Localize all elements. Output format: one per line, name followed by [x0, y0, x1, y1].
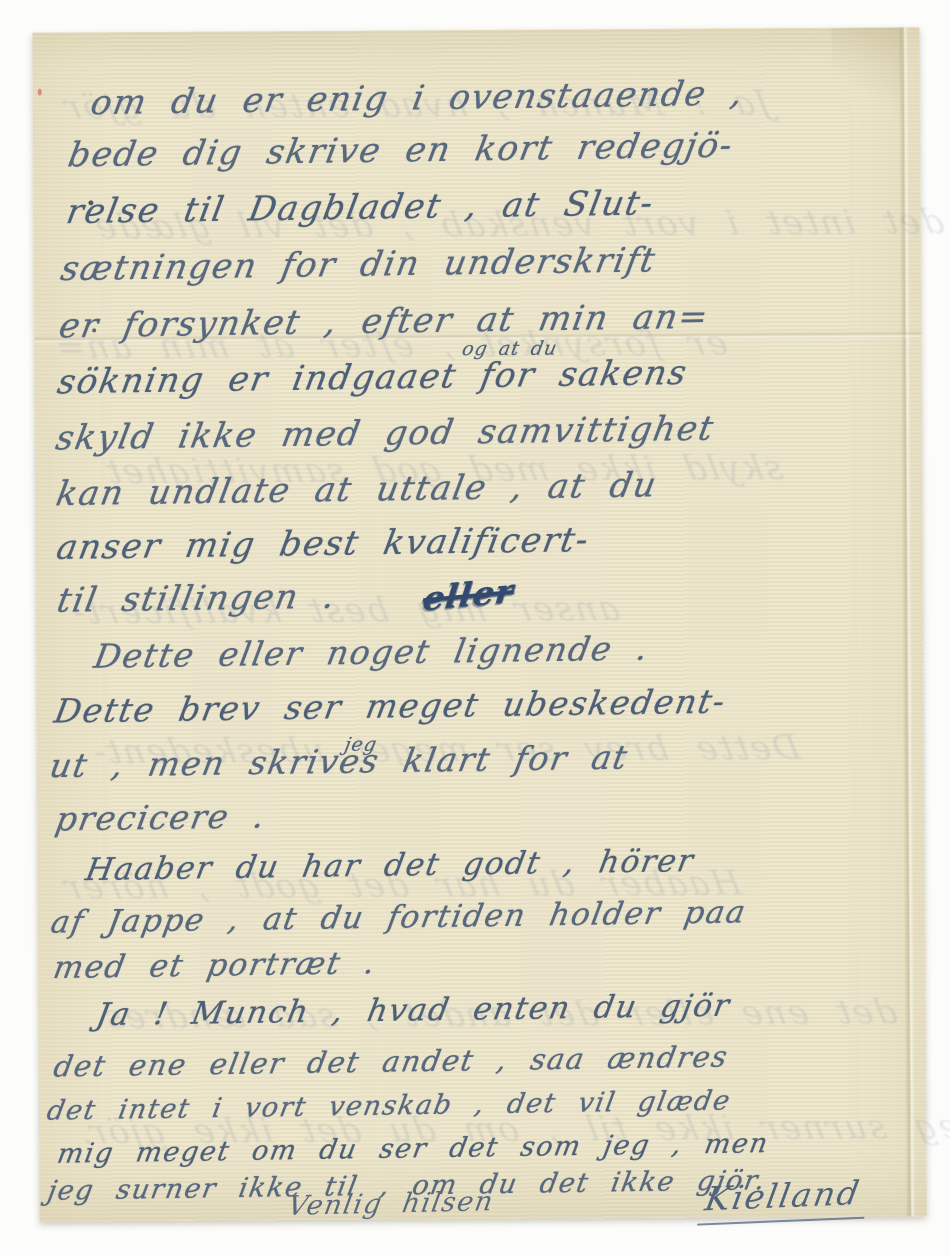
vertical-fold-crease	[898, 27, 915, 1216]
handwritten-line: relse til Dagbladet , at Slut-	[63, 183, 657, 232]
handwritten-line: Dette eller noget lignende .	[91, 629, 652, 676]
handwritten-line: det intet i vort venskab , det vil glæde	[45, 1085, 734, 1126]
handwritten-line: skyld ikke med god samvittighet	[53, 409, 718, 459]
handwritten-line: sætningen for din underskrift	[58, 240, 660, 289]
handwritten-line: sökning er indgaaet for sakens	[54, 353, 690, 402]
handwritten-line: kan undlate at uttale , at du	[53, 465, 660, 514]
closing-salutation: Venlig hilsen	[286, 1186, 497, 1222]
handwritten-line: til stillingen .	[54, 577, 339, 621]
handwritten-line: med et portræt .	[51, 945, 380, 986]
handwritten-line: Dette brev ser meget ubeskedent-	[51, 682, 729, 731]
signature: Kielland	[697, 1173, 872, 1226]
struck-through-word: eller	[421, 571, 516, 618]
handwritten-line: mig meget om du ser det som jeg , men	[55, 1128, 772, 1170]
handwritten-line: om du er enig i ovenstaaende ,	[88, 74, 747, 124]
handwritten-line: ut , men skrives klart for at	[47, 738, 632, 786]
red-speck	[38, 89, 42, 96]
handwritten-line: bede dig skrive en kort redegjö-	[65, 126, 737, 176]
interlinear-insertion: og at du	[460, 338, 559, 361]
handwritten-line: precicere .	[53, 796, 270, 838]
handwritten-line: anser mig best kvalificert-	[53, 520, 592, 568]
handwritten-line: af Jappe , at du fortiden holder paa	[48, 894, 750, 940]
interlinear-insertion: jeg	[343, 734, 379, 756]
handwritten-line: Haaber du har det godt , hörer	[83, 843, 698, 888]
handwritten-line: Ja ! Munch , hvad enten du gjör	[94, 988, 734, 1033]
corner-crease	[831, 27, 902, 147]
handwritten-line: det ene eller det andet , saa ændres	[51, 1040, 731, 1084]
letter-page: Ja ! Munch , hvad enten du gjör det inte…	[32, 27, 926, 1221]
